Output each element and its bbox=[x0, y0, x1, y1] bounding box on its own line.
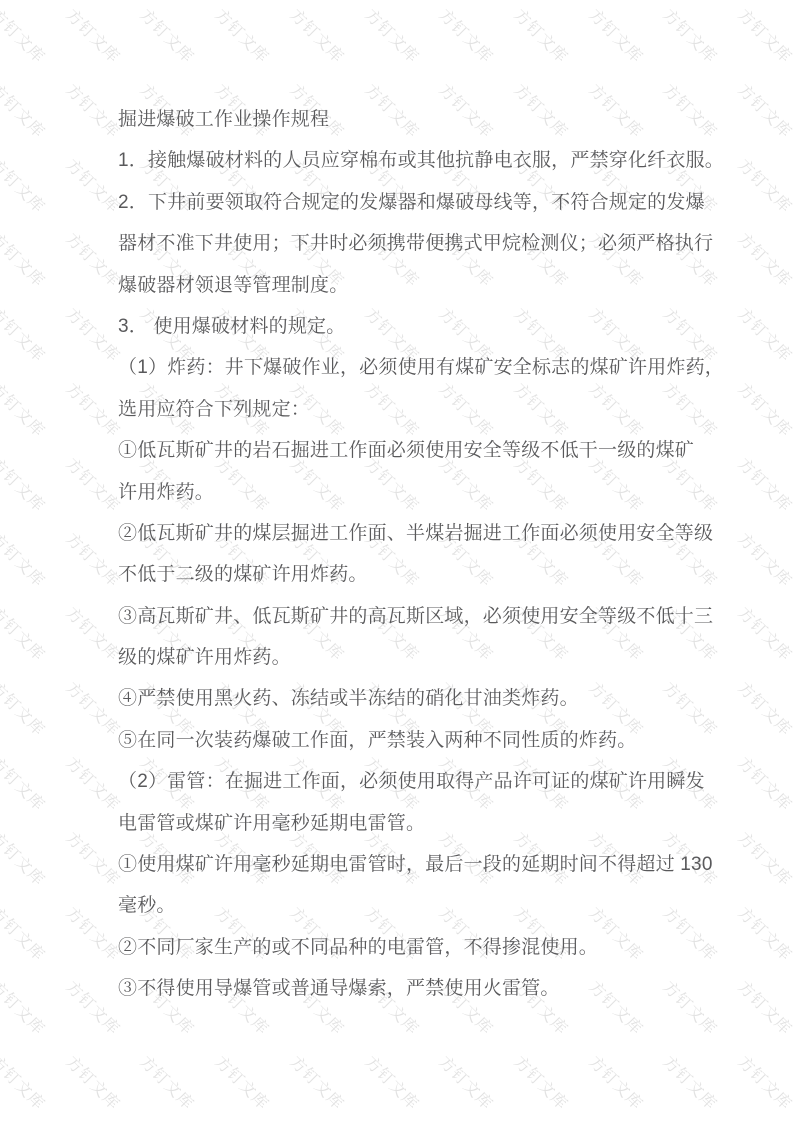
text-line: ④严禁使用黑火药、冻结或半冻结的硝化甘油类炸药。 bbox=[118, 678, 718, 719]
watermark-text: 方钉文库 bbox=[61, 975, 125, 1039]
watermark-text: 方钉文库 bbox=[659, 1050, 723, 1114]
page-title: 掘进爆破工作业操作规程 bbox=[118, 99, 718, 140]
text-line: 级的煤矿许用炸药。 bbox=[118, 637, 718, 678]
watermark-text: 方钉文库 bbox=[0, 227, 51, 291]
text-line: ②不同厂家生产的或不同品种的电雷管，不得掺混使用。 bbox=[118, 927, 718, 968]
text-line: 不低于二级的煤矿许用炸药。 bbox=[118, 554, 718, 595]
watermark-text: 方钉文库 bbox=[734, 153, 793, 217]
watermark-text: 方钉文库 bbox=[0, 377, 51, 441]
watermark-text: 方钉文库 bbox=[61, 826, 125, 890]
watermark-text: 方钉文库 bbox=[734, 302, 793, 366]
watermark-text: 方钉文库 bbox=[0, 3, 51, 67]
watermark-text: 方钉文库 bbox=[510, 1050, 574, 1114]
text-line: ③高瓦斯矿井、低瓦斯矿井的高瓦斯区域，必须使用安全等级不低十三 bbox=[118, 596, 718, 637]
text-line: 器材不准下井使用；下井时必须携带便携式甲烷检测仪；必须严格执行 bbox=[118, 223, 718, 264]
text-line: 1．接触爆破材料的人员应穿棉布或其他抗静电衣服，严禁穿化纤衣服。 bbox=[118, 140, 718, 181]
watermark-text: 方钉文库 bbox=[0, 601, 51, 665]
text-line: 3． 使用爆破材料的规定。 bbox=[118, 306, 718, 347]
watermark-text: 方钉文库 bbox=[61, 751, 125, 815]
watermark-text: 方钉文库 bbox=[61, 527, 125, 591]
watermark-text: 方钉文库 bbox=[0, 78, 51, 142]
text-line: 2．下井前要领取符合规定的发爆器和爆破母线等，不符合规定的发爆 bbox=[118, 182, 718, 223]
watermark-text: 方钉文库 bbox=[360, 1050, 424, 1114]
text-line: （2）雷管：在掘进工作面，必须使用取得产品许可证的煤矿许用瞬发 bbox=[118, 761, 718, 802]
watermark-text: 方钉文库 bbox=[0, 751, 51, 815]
watermark-text: 方钉文库 bbox=[136, 3, 200, 67]
watermark-text: 方钉文库 bbox=[286, 1050, 350, 1114]
watermark-text: 方钉文库 bbox=[360, 3, 424, 67]
watermark-text: 方钉文库 bbox=[61, 78, 125, 142]
watermark-text: 方钉文库 bbox=[659, 3, 723, 67]
watermark-text: 方钉文库 bbox=[584, 1050, 648, 1114]
watermark-text: 方钉文库 bbox=[0, 901, 51, 965]
text-line: ③不得使用导爆管或普通导爆索，严禁使用火雷管。 bbox=[118, 968, 718, 1009]
watermark-text: 方钉文库 bbox=[734, 751, 793, 815]
watermark-text: 方钉文库 bbox=[0, 527, 51, 591]
text-line: 选用应符合下列规定： bbox=[118, 389, 718, 430]
watermark-text: 方钉文库 bbox=[61, 676, 125, 740]
watermark-text: 方钉文库 bbox=[734, 1050, 793, 1114]
watermark-text: 方钉文库 bbox=[734, 377, 793, 441]
watermark-text: 方钉文库 bbox=[0, 1050, 51, 1114]
watermark-text: 方钉文库 bbox=[211, 1050, 275, 1114]
watermark-text: 方钉文库 bbox=[0, 826, 51, 890]
watermark-text: 方钉文库 bbox=[61, 901, 125, 965]
watermark-text: 方钉文库 bbox=[435, 1050, 499, 1114]
watermark-text: 方钉文库 bbox=[61, 3, 125, 67]
watermark-text: 方钉文库 bbox=[61, 377, 125, 441]
watermark-text: 方钉文库 bbox=[734, 78, 793, 142]
text-line: ①使用煤矿许用毫秒延期电雷管时，最后一段的延期时间不得超过 130 bbox=[118, 844, 718, 885]
watermark-text: 方钉文库 bbox=[0, 975, 51, 1039]
watermark-text: 方钉文库 bbox=[734, 826, 793, 890]
watermark-text: 方钉文库 bbox=[734, 601, 793, 665]
watermark-text: 方钉文库 bbox=[734, 527, 793, 591]
watermark-text: 方钉文库 bbox=[734, 676, 793, 740]
watermark-text: 方钉文库 bbox=[61, 601, 125, 665]
text-line: 爆破器材领退等管理制度。 bbox=[118, 265, 718, 306]
watermark-text: 方钉文库 bbox=[286, 3, 350, 67]
watermark-text: 方钉文库 bbox=[211, 3, 275, 67]
text-line: ⑤在同一次装药爆破工作面，严禁装入两种不同性质的炸药。 bbox=[118, 720, 718, 761]
text-line: 毫秒。 bbox=[118, 885, 718, 926]
watermark-text: 方钉文库 bbox=[136, 1050, 200, 1114]
text-line: 许用炸药。 bbox=[118, 472, 718, 513]
watermark-text: 方钉文库 bbox=[61, 302, 125, 366]
watermark-text: 方钉文库 bbox=[510, 3, 574, 67]
watermark-text: 方钉文库 bbox=[0, 153, 51, 217]
text-line: ①低瓦斯矿井的岩石掘进工作面必须使用安全等级不低干一级的煤矿 bbox=[118, 430, 718, 471]
document-page: 方钉文库方钉文库方钉文库方钉文库方钉文库方钉文库方钉文库方钉文库方钉文库方钉文库… bbox=[0, 0, 793, 1122]
watermark-text: 方钉文库 bbox=[0, 302, 51, 366]
text-line: （1）炸药：井下爆破作业，必须使用有煤矿安全标志的煤矿许用炸药， bbox=[118, 347, 718, 388]
text-line: ②低瓦斯矿井的煤层掘进工作面、半煤岩掘进工作面必须使用安全等级 bbox=[118, 513, 718, 554]
watermark-text: 方钉文库 bbox=[734, 227, 793, 291]
watermark-text: 方钉文库 bbox=[0, 676, 51, 740]
watermark-text: 方钉文库 bbox=[734, 975, 793, 1039]
watermark-text: 方钉文库 bbox=[734, 901, 793, 965]
document-body: 掘进爆破工作业操作规程1．接触爆破材料的人员应穿棉布或其他抗静电衣服，严禁穿化纤… bbox=[118, 99, 718, 1010]
watermark-text: 方钉文库 bbox=[734, 452, 793, 516]
watermark-text: 方钉文库 bbox=[584, 3, 648, 67]
text-line: 电雷管或煤矿许用毫秒延期电雷管。 bbox=[118, 803, 718, 844]
watermark-text: 方钉文库 bbox=[61, 452, 125, 516]
watermark-text: 方钉文库 bbox=[61, 227, 125, 291]
watermark-text: 方钉文库 bbox=[61, 153, 125, 217]
watermark-text: 方钉文库 bbox=[61, 1050, 125, 1114]
watermark-text: 方钉文库 bbox=[734, 3, 793, 67]
watermark-text: 方钉文库 bbox=[0, 452, 51, 516]
watermark-text: 方钉文库 bbox=[435, 3, 499, 67]
